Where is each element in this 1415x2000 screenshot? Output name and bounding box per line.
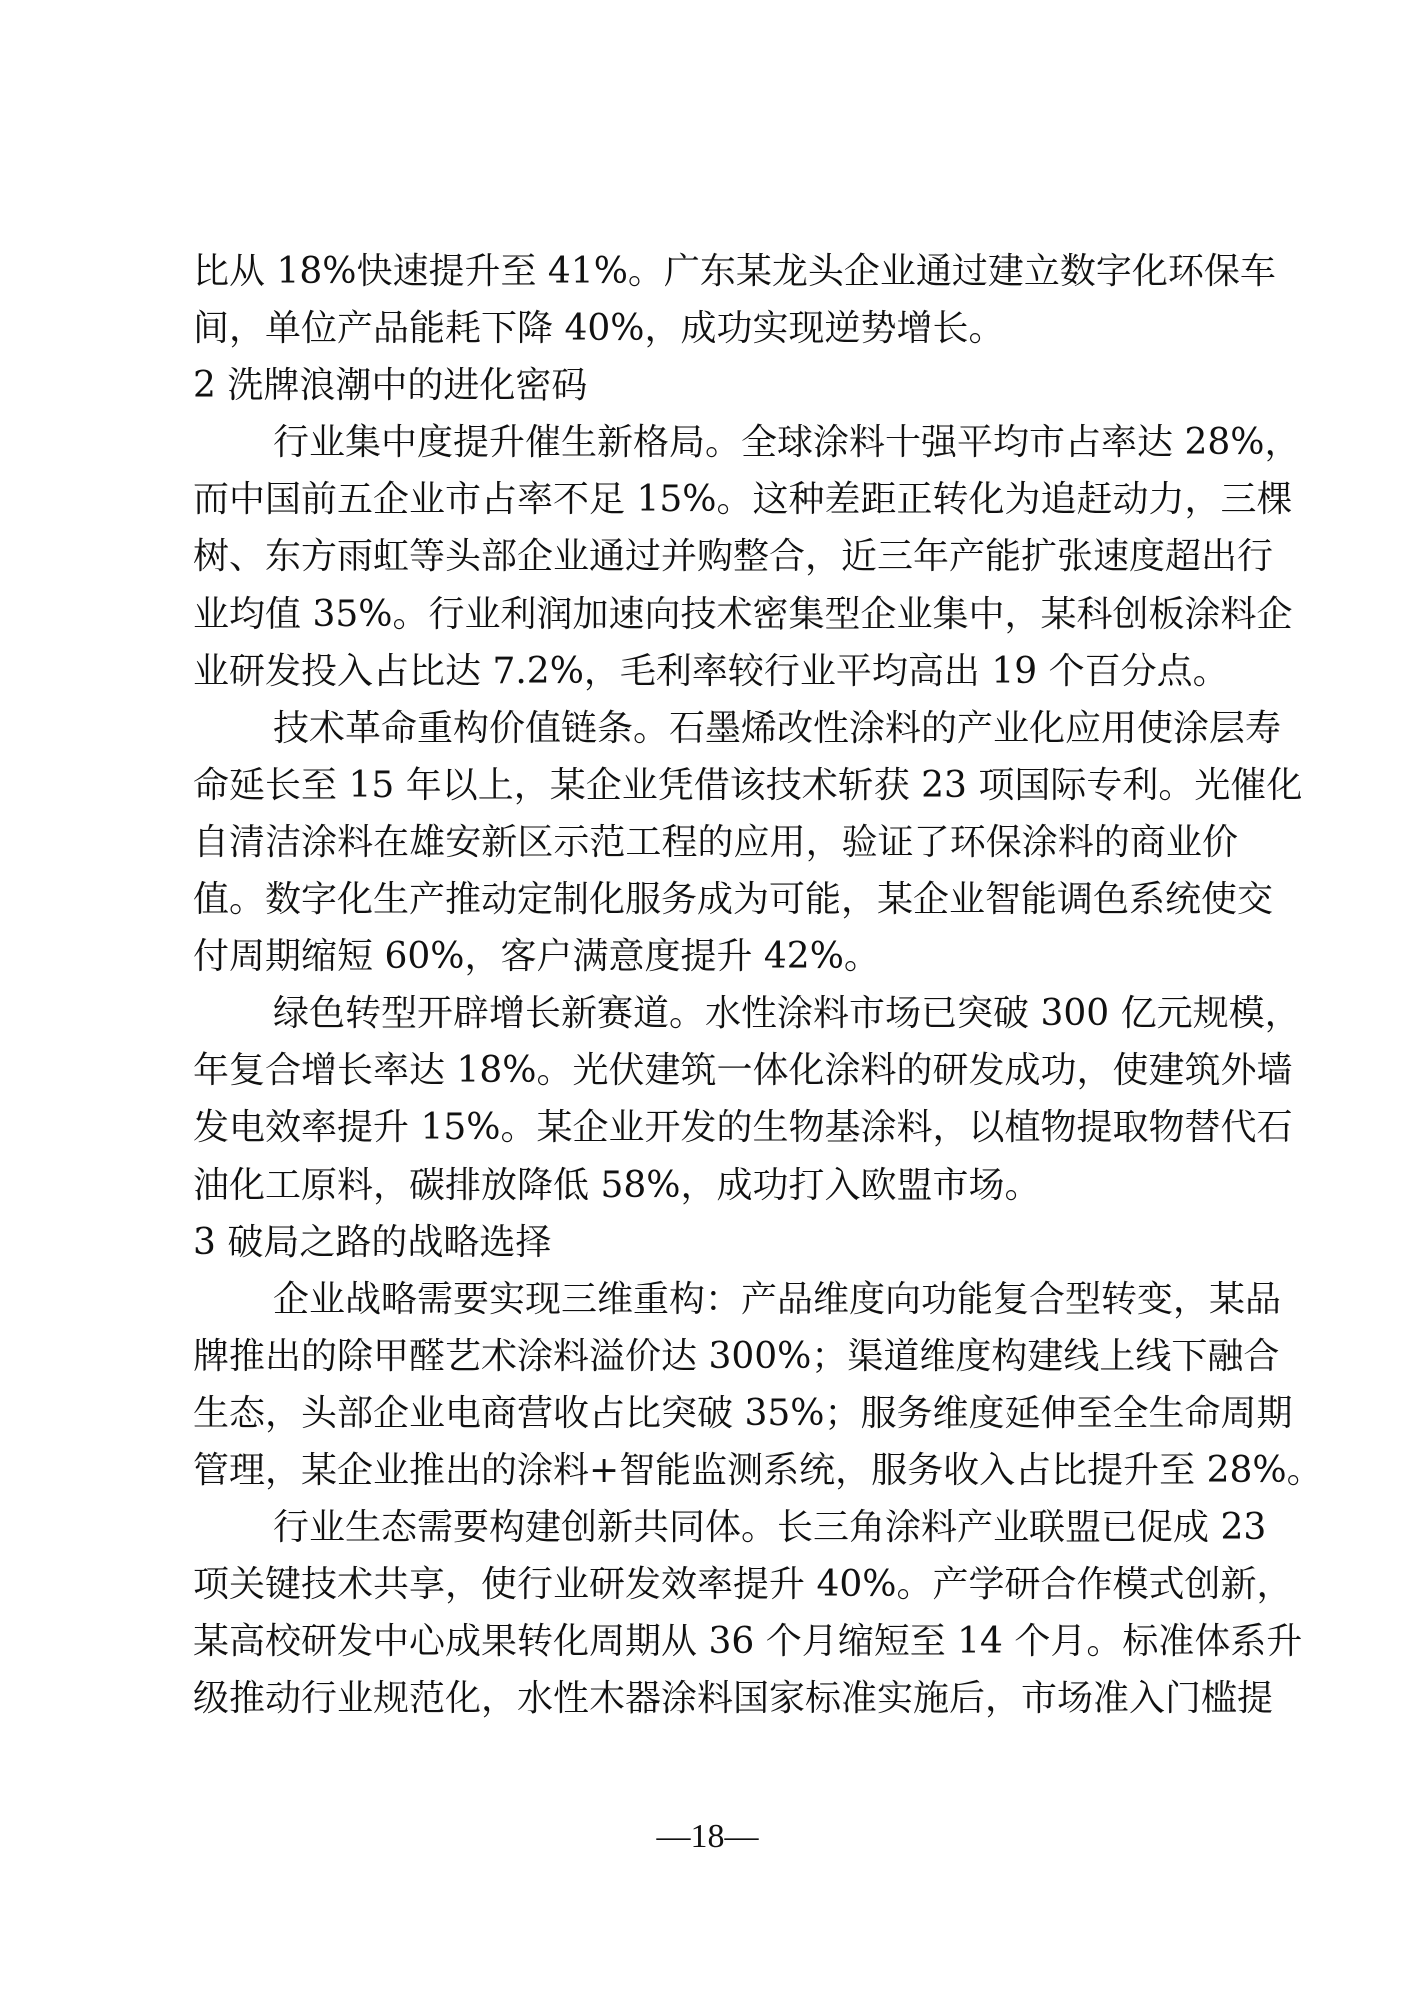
paragraph-line: 发电效率提升 15%。某企业开发的生物基涂料，以植物提取物替代石	[193, 1099, 1238, 1156]
paragraph-line: 技术革命重构价值链条。石墨烯改性涂料的产业化应用使涂层寿	[193, 700, 1238, 757]
paragraph-line: 命延长至 15 年以上，某企业凭借该技术斩获 23 项国际专利。光催化	[193, 757, 1238, 814]
paragraph-line: 业研发投入占比达 7.2%，毛利率较行业平均高出 19 个百分点。	[193, 643, 1238, 700]
paragraph-line: 行业生态需要构建创新共同体。长三角涂料产业联盟已促成 23	[193, 1499, 1238, 1556]
paragraph-line: 比从 18%快速提升至 41%。广东某龙头企业通过建立数字化环保车	[193, 243, 1238, 300]
paragraph-line: 树、东方雨虹等头部企业通过并购整合，近三年产能扩张速度超出行	[193, 528, 1238, 585]
paragraph-line: 企业战略需要实现三维重构：产品维度向功能复合型转变，某品	[193, 1271, 1238, 1328]
paragraph-line: 生态，头部企业电商营收占比突破 35%；服务维度延伸至全生命周期	[193, 1385, 1238, 1442]
paragraph-line: 而中国前五企业市占率不足 15%。这种差距正转化为追赶动力，三棵	[193, 471, 1238, 528]
paragraph-line: 某高校研发中心成果转化周期从 36 个月缩短至 14 个月。标准体系升	[193, 1613, 1238, 1670]
paragraph-line: 油化工原料，碳排放降低 58%，成功打入欧盟市场。	[193, 1157, 1238, 1214]
paragraph-line: 绿色转型开辟增长新赛道。水性涂料市场已突破 300 亿元规模，	[193, 985, 1238, 1042]
paragraph-line: 项关键技术共享，使行业研发效率提升 40%。产学研合作模式创新，	[193, 1556, 1238, 1613]
paragraph-line: 牌推出的除甲醛艺术涂料溢价达 300%；渠道维度构建线上线下融合	[193, 1328, 1238, 1385]
paragraph-line: 行业集中度提升催生新格局。全球涂料十强平均市占率达 28%，	[193, 414, 1238, 471]
section-heading: 2 洗牌浪潮中的进化密码	[193, 357, 1238, 414]
paragraph-line: 自清洁涂料在雄安新区示范工程的应用，验证了环保涂料的商业价	[193, 814, 1238, 871]
paragraph-line: 业均值 35%。行业利润加速向技术密集型企业集中，某科创板涂料企	[193, 586, 1238, 643]
paragraph-line: 值。数字化生产推动定制化服务成为可能，某企业智能调色系统使交	[193, 871, 1238, 928]
paragraph-line: 年复合增长率达 18%。光伏建筑一体化涂料的研发成功，使建筑外墙	[193, 1042, 1238, 1099]
paragraph-line: 管理，某企业推出的涂料+智能监测系统，服务收入占比提升至 28%。	[193, 1442, 1238, 1499]
paragraph-line: 间，单位产品能耗下降 40%，成功实现逆势增长。	[193, 300, 1238, 357]
page-number: —18—	[0, 1818, 1415, 1856]
document-page: 比从 18%快速提升至 41%。广东某龙头企业通过建立数字化环保车 间，单位产品…	[193, 243, 1238, 1727]
paragraph-line: 级推动行业规范化，水性木器涂料国家标准实施后，市场准入门槛提	[193, 1670, 1238, 1727]
paragraph-line: 付周期缩短 60%，客户满意度提升 42%。	[193, 928, 1238, 985]
section-heading: 3 破局之路的战略选择	[193, 1214, 1238, 1271]
